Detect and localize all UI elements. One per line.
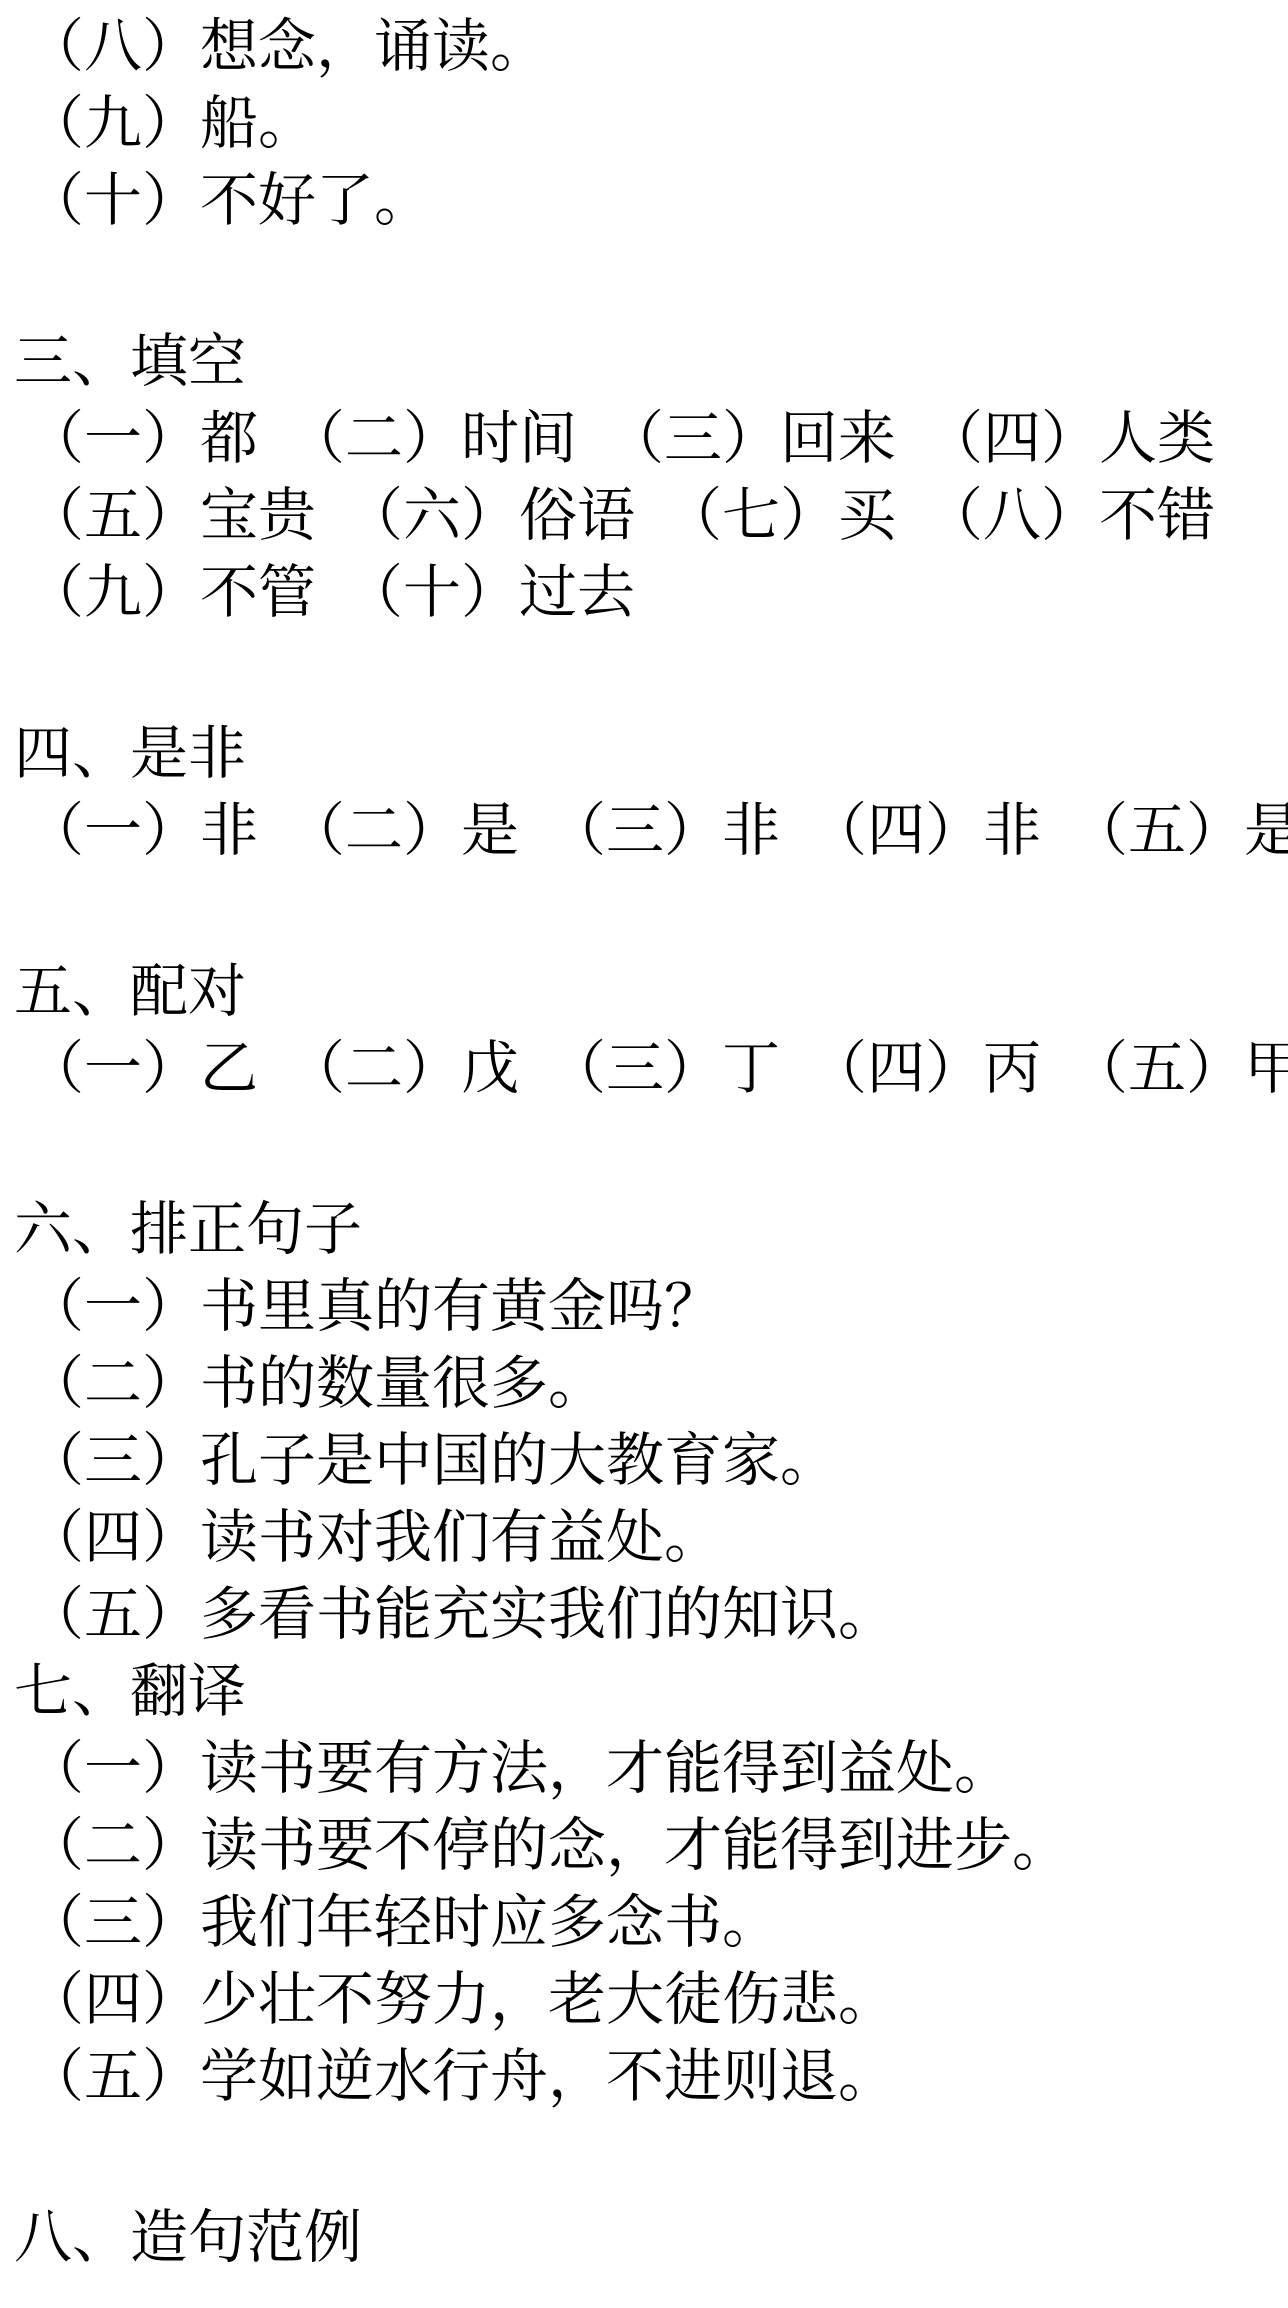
section-answers-tail: （八）想念，诵读。 （九）船。 （十）不好了。 bbox=[14, 8, 1288, 239]
section-heading: 七、翻译 bbox=[14, 1653, 1288, 1730]
answer-line: （一）乙 （二）戊 （三）丁 （四）丙 （五）甲 bbox=[14, 1030, 1288, 1107]
answer-line: （九）不管 （十）过去 bbox=[14, 554, 1288, 631]
section-heading: 四、是非 bbox=[14, 715, 1288, 792]
answer-line: （八）想念，诵读。 bbox=[14, 8, 1288, 85]
answer-line: （五）多看书能充实我们的知识。 bbox=[14, 1576, 1288, 1653]
answer-line: （五）宝贵 （六）俗语 （七）买 （八）不错 bbox=[14, 477, 1288, 554]
answer-line: （一）书里真的有黄金吗？ bbox=[14, 1268, 1288, 1345]
section-sentence-ordering: 六、排正句子 （一）书里真的有黄金吗？ （二）书的数量很多。 （三）孔子是中国的… bbox=[14, 1191, 1288, 1653]
answer-line: （五）学如逆水行舟，不进则退。 bbox=[14, 2038, 1288, 2115]
section-translation: 七、翻译 （一）读书要有方法，才能得到益处。 （二）读书要不停的念，才能得到进步… bbox=[14, 1653, 1288, 2115]
answer-line: （三）我们年轻时应多念书。 bbox=[14, 1884, 1288, 1961]
section-example-sentences: 八、造句范例 bbox=[14, 2199, 1288, 2276]
answer-line: （九）船。 bbox=[14, 85, 1288, 162]
answer-line: （四）少壮不努力，老大徒伤悲。 bbox=[14, 1961, 1288, 2038]
answer-line: （三）孔子是中国的大教育家。 bbox=[14, 1422, 1288, 1499]
section-heading: 三、填空 bbox=[14, 323, 1288, 400]
document-page: （八）想念，诵读。 （九）船。 （十）不好了。 三、填空 （一）都 （二）时间 … bbox=[0, 0, 1288, 2308]
answer-line: （一）非 （二）是 （三）非 （四）非 （五）是 bbox=[14, 792, 1288, 869]
section-fill-in-blanks: 三、填空 （一）都 （二）时间 （三）回来 （四）人类 （五）宝贵 （六）俗语 … bbox=[14, 323, 1288, 631]
section-true-false: 四、是非 （一）非 （二）是 （三）非 （四）非 （五）是 bbox=[14, 715, 1288, 869]
answer-line: （二）读书要不停的念，才能得到进步。 bbox=[14, 1807, 1288, 1884]
answer-line: （四）读书对我们有益处。 bbox=[14, 1499, 1288, 1576]
answer-line: （一）都 （二）时间 （三）回来 （四）人类 bbox=[14, 400, 1288, 477]
section-matching: 五、配对 （一）乙 （二）戊 （三）丁 （四）丙 （五）甲 bbox=[14, 953, 1288, 1107]
section-heading: 八、造句范例 bbox=[14, 2199, 1288, 2276]
section-heading: 五、配对 bbox=[14, 953, 1288, 1030]
answer-line: （二）书的数量很多。 bbox=[14, 1345, 1288, 1422]
answer-line: （一）读书要有方法，才能得到益处。 bbox=[14, 1730, 1288, 1807]
answer-line: （十）不好了。 bbox=[14, 162, 1288, 239]
section-heading: 六、排正句子 bbox=[14, 1191, 1288, 1268]
